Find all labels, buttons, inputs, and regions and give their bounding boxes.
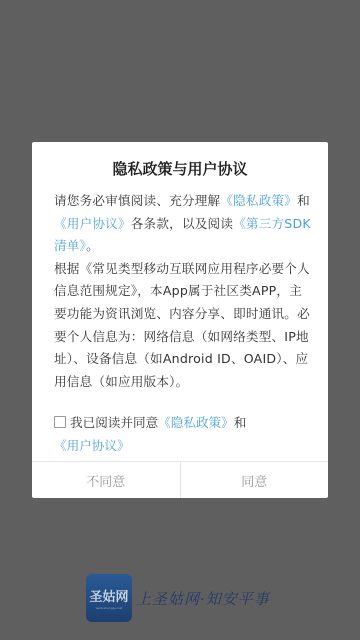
agree-row: 我已阅读并同意《隐私政策》和《用户协议》	[54, 412, 316, 457]
splash-brand: 圣姑网 www.shenggu.net 上圣姑网·知安平事	[86, 574, 270, 622]
agree-privacy-link[interactable]: 《隐私政策》	[158, 415, 234, 430]
intro-text-3: 各条款，以及阅读	[131, 216, 233, 231]
logo-text: 圣姑网	[89, 586, 128, 605]
agree-button[interactable]: 同意	[180, 462, 329, 498]
dialog-title: 隐私政策与用户协议	[32, 158, 328, 179]
privacy-policy-link[interactable]: 《隐私政策》	[220, 193, 297, 208]
app-logo: 圣姑网 www.shenggu.net	[86, 574, 132, 622]
intro-text-1: 请您务必审慎阅读、充分理解	[54, 193, 220, 208]
intro-text-4: 。	[86, 238, 99, 253]
required-info-paragraph: 根据《常见类型移动互联网应用程序必要个人信息范围规定》，本App属于社区类APP…	[54, 258, 312, 394]
privacy-dialog: 隐私政策与用户协议 请您务必审慎阅读、充分理解《隐私政策》和《用户协议》各条款，…	[32, 142, 328, 498]
intro-text-2: 和	[297, 193, 310, 208]
brand-slogan: 上圣姑网·知安平事	[136, 588, 270, 609]
dialog-button-bar: 不同意 同意	[32, 461, 328, 498]
user-agreement-link[interactable]: 《用户协议》	[54, 216, 131, 231]
logo-url: www.shenggu.net	[96, 606, 123, 610]
agree-text-2: 和	[234, 415, 247, 430]
intro-paragraph: 请您务必审慎阅读、充分理解《隐私政策》和《用户协议》各条款，以及阅读《第三方SD…	[54, 190, 312, 258]
dialog-content: 请您务必审慎阅读、充分理解《隐私政策》和《用户协议》各条款，以及阅读《第三方SD…	[54, 190, 312, 393]
agree-text-1: 我已阅读并同意	[70, 415, 158, 430]
agree-user-agreement-link[interactable]: 《用户协议》	[54, 438, 130, 453]
agree-checkbox[interactable]	[54, 416, 66, 428]
disagree-button[interactable]: 不同意	[32, 462, 180, 498]
